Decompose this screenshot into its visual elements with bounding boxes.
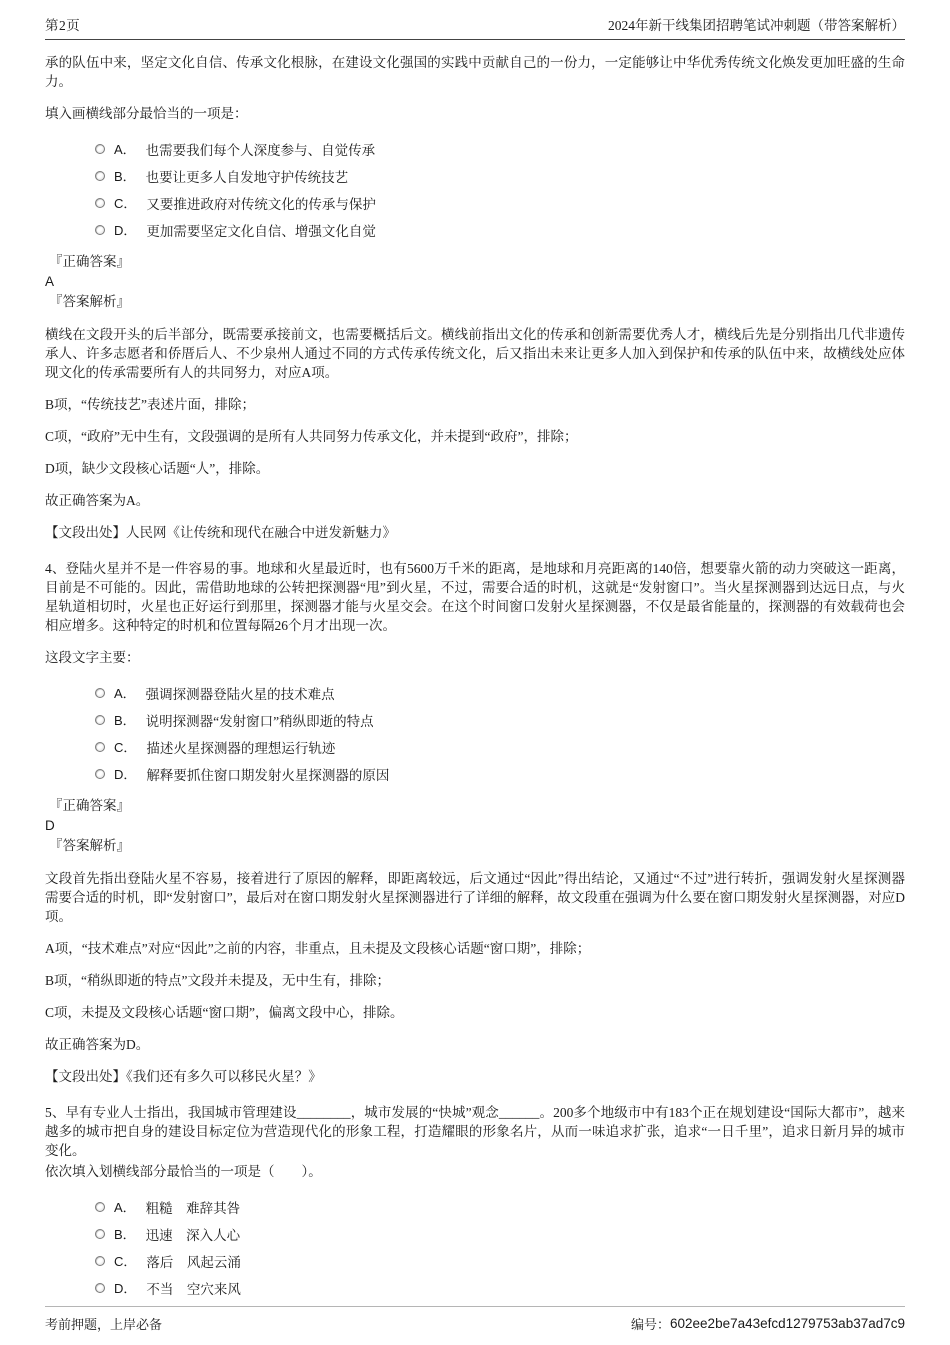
q4-options: A． 强调探测器登陆火星的技术难点 B． 说明探测器“发射窗口”稍纵即逝的特点 … (95, 679, 905, 787)
option-letter: B． (114, 1224, 136, 1243)
footer-slogan: 考前押题，上岸必备 (45, 1314, 162, 1333)
serial-label: 编号： (631, 1314, 670, 1333)
q3-option-d[interactable]: D． 更加需要坚定文化自信、增强文化自觉 (95, 216, 905, 243)
page-number: 第2页 (45, 14, 80, 34)
option-text: 又要推进政府对传统文化的传承与保护 (146, 193, 376, 213)
radio-button[interactable] (95, 688, 105, 698)
radio-button[interactable] (95, 769, 105, 779)
radio-button[interactable] (95, 1256, 105, 1266)
q3-rebuttal-d: D项，缺少文段核心话题“人”，排除。 (45, 459, 905, 478)
option-text: 更加需要坚定文化自信、增强文化自觉 (146, 220, 376, 240)
q4-option-d[interactable]: D． 解释要抓住窗口期发射火星探测器的原因 (95, 760, 905, 787)
q5-option-b[interactable]: B． 迅速 深入人心 (95, 1220, 905, 1247)
option-text: 说明探测器“发射窗口”稍纵即逝的特点 (146, 710, 374, 730)
serial-value: 602ee2be7a43efcd1279753ab37ad7c9 (670, 1316, 905, 1331)
option-text: 解释要抓住窗口期发射火星探测器的原因 (146, 764, 389, 784)
radio-button[interactable] (95, 225, 105, 235)
q4-rebuttal-c: C项，未提及文段核心话题“窗口期”，偏离文段中心，排除。 (45, 1003, 905, 1022)
correct-answer-value: D (45, 816, 905, 836)
q4-rebuttal-a: A项，“技术难点”对应“因此”之前的内容，非重点，且未提及文段核心话题“窗口期”… (45, 939, 905, 958)
q4-source: 【文段出处】《我们还有多久可以移民火星？》 (45, 1067, 905, 1086)
correct-answer-heading: 『正确答案』 (45, 252, 905, 272)
q3-source: 【文段出处】人民网《让传统和现代在融合中迸发新魅力》 (45, 523, 905, 542)
q4-conclusion: 故正确答案为D。 (45, 1035, 905, 1054)
option-text: 迅速 深入人心 (146, 1224, 241, 1244)
footer-serial: 编号： 602ee2be7a43efcd1279753ab37ad7c9 (631, 1314, 905, 1333)
radio-button[interactable] (95, 171, 105, 181)
option-text: 描述火星探测器的理想运行轨迹 (146, 737, 335, 757)
option-letter: B． (114, 710, 136, 729)
radio-button[interactable] (95, 144, 105, 154)
q4-option-b[interactable]: B． 说明探测器“发射窗口”稍纵即逝的特点 (95, 706, 905, 733)
q3-options: A． 也需要我们每个人深度参与、自觉传承 B． 也要让更多人自发地守护传统技艺 … (95, 135, 905, 243)
q5-option-d[interactable]: D． 不当 空穴来风 (95, 1274, 905, 1301)
option-letter: C． (114, 737, 136, 756)
correct-answer-value: A (45, 272, 905, 292)
analysis-heading: 『答案解析』 (45, 292, 905, 312)
q3-rebuttal-c: C项，“政府”无中生有，文段强调的是所有人共同努力传承文化，并未提到“政府”，排… (45, 427, 905, 446)
option-letter: C． (114, 193, 136, 212)
page-header: 第2页 2024年新干线集团招聘笔试冲刺题（带答案解析） (45, 14, 905, 40)
option-letter: D． (114, 1278, 136, 1297)
correct-answer-heading: 『正确答案』 (45, 796, 905, 816)
q5-option-a[interactable]: A． 粗糙 难辞其咎 (95, 1193, 905, 1220)
radio-button[interactable] (95, 198, 105, 208)
q3-option-b[interactable]: B． 也要让更多人自发地守护传统技艺 (95, 162, 905, 189)
option-text: 也要让更多人自发地守护传统技艺 (146, 166, 349, 186)
page-footer: 考前押题，上岸必备 编号： 602ee2be7a43efcd1279753ab3… (45, 1306, 905, 1333)
q3-analysis: 横线在文段开头的后半部分，既需要承接前文，也需要概括后文。横线前指出文化的传承和… (45, 325, 905, 382)
q4-stem: 4、登陆火星并不是一件容易的事。地球和火星最近时，也有5600万千米的距离，是地… (45, 559, 905, 635)
q4-analysis: 文段首先指出登陆火星不容易，接着进行了原因的解释，即距离较远，后文通过“因此”得… (45, 869, 905, 926)
option-text: 落后 风起云涌 (146, 1251, 241, 1271)
option-letter: D． (114, 220, 136, 239)
document-page: 第2页 2024年新干线集团招聘笔试冲刺题（带答案解析） 承的队伍中来，坚定文化… (0, 0, 950, 1345)
radio-button[interactable] (95, 742, 105, 752)
q5-prompt: 依次填入划横线部分最恰当的一项是（ ）。 (45, 1162, 905, 1181)
q3-conclusion: 故正确答案为A。 (45, 491, 905, 510)
q4-answer-block: 『正确答案』 D 『答案解析』 (45, 796, 905, 856)
analysis-heading: 『答案解析』 (45, 836, 905, 856)
option-letter: C． (114, 1251, 136, 1270)
option-text: 也需要我们每个人深度参与、自觉传承 (146, 139, 376, 159)
q5-options: A． 粗糙 难辞其咎 B． 迅速 深入人心 C． 落后 风起云涌 D． 不当 空… (95, 1193, 905, 1301)
q4-rebuttal-b: B项，“稍纵即逝的特点”文段并未提及，无中生有，排除； (45, 971, 905, 990)
radio-button[interactable] (95, 715, 105, 725)
option-text: 强调探测器登陆火星的技术难点 (146, 683, 335, 703)
q5-stem: 5、早有专业人士指出，我国城市管理建设________，城市发展的“快城”观念_… (45, 1103, 905, 1160)
option-letter: A． (114, 683, 136, 702)
q3-answer-block: 『正确答案』 A 『答案解析』 (45, 252, 905, 312)
option-text: 粗糙 难辞其咎 (146, 1197, 241, 1217)
q5-option-c[interactable]: C． 落后 风起云涌 (95, 1247, 905, 1274)
document-title: 2024年新干线集团招聘笔试冲刺题（带答案解析） (608, 14, 905, 34)
continuation-paragraph: 承的队伍中来，坚定文化自信、传承文化根脉，在建设文化强国的实践中贡献自己的一份力… (45, 53, 905, 91)
radio-button[interactable] (95, 1202, 105, 1212)
q4-option-c[interactable]: C． 描述火星探测器的理想运行轨迹 (95, 733, 905, 760)
q4-option-a[interactable]: A． 强调探测器登陆火星的技术难点 (95, 679, 905, 706)
option-letter: A． (114, 1197, 136, 1216)
option-letter: D． (114, 764, 136, 783)
q3-option-a[interactable]: A． 也需要我们每个人深度参与、自觉传承 (95, 135, 905, 162)
option-text: 不当 空穴来风 (146, 1278, 241, 1298)
q3-rebuttal-b: B项，“传统技艺”表述片面，排除； (45, 395, 905, 414)
radio-button[interactable] (95, 1229, 105, 1239)
option-letter: A． (114, 139, 136, 158)
q3-prompt: 填入画横线部分最恰当的一项是： (45, 104, 905, 123)
radio-button[interactable] (95, 1283, 105, 1293)
option-letter: B． (114, 166, 136, 185)
q3-option-c[interactable]: C． 又要推进政府对传统文化的传承与保护 (95, 189, 905, 216)
q4-prompt: 这段文字主要： (45, 648, 905, 667)
